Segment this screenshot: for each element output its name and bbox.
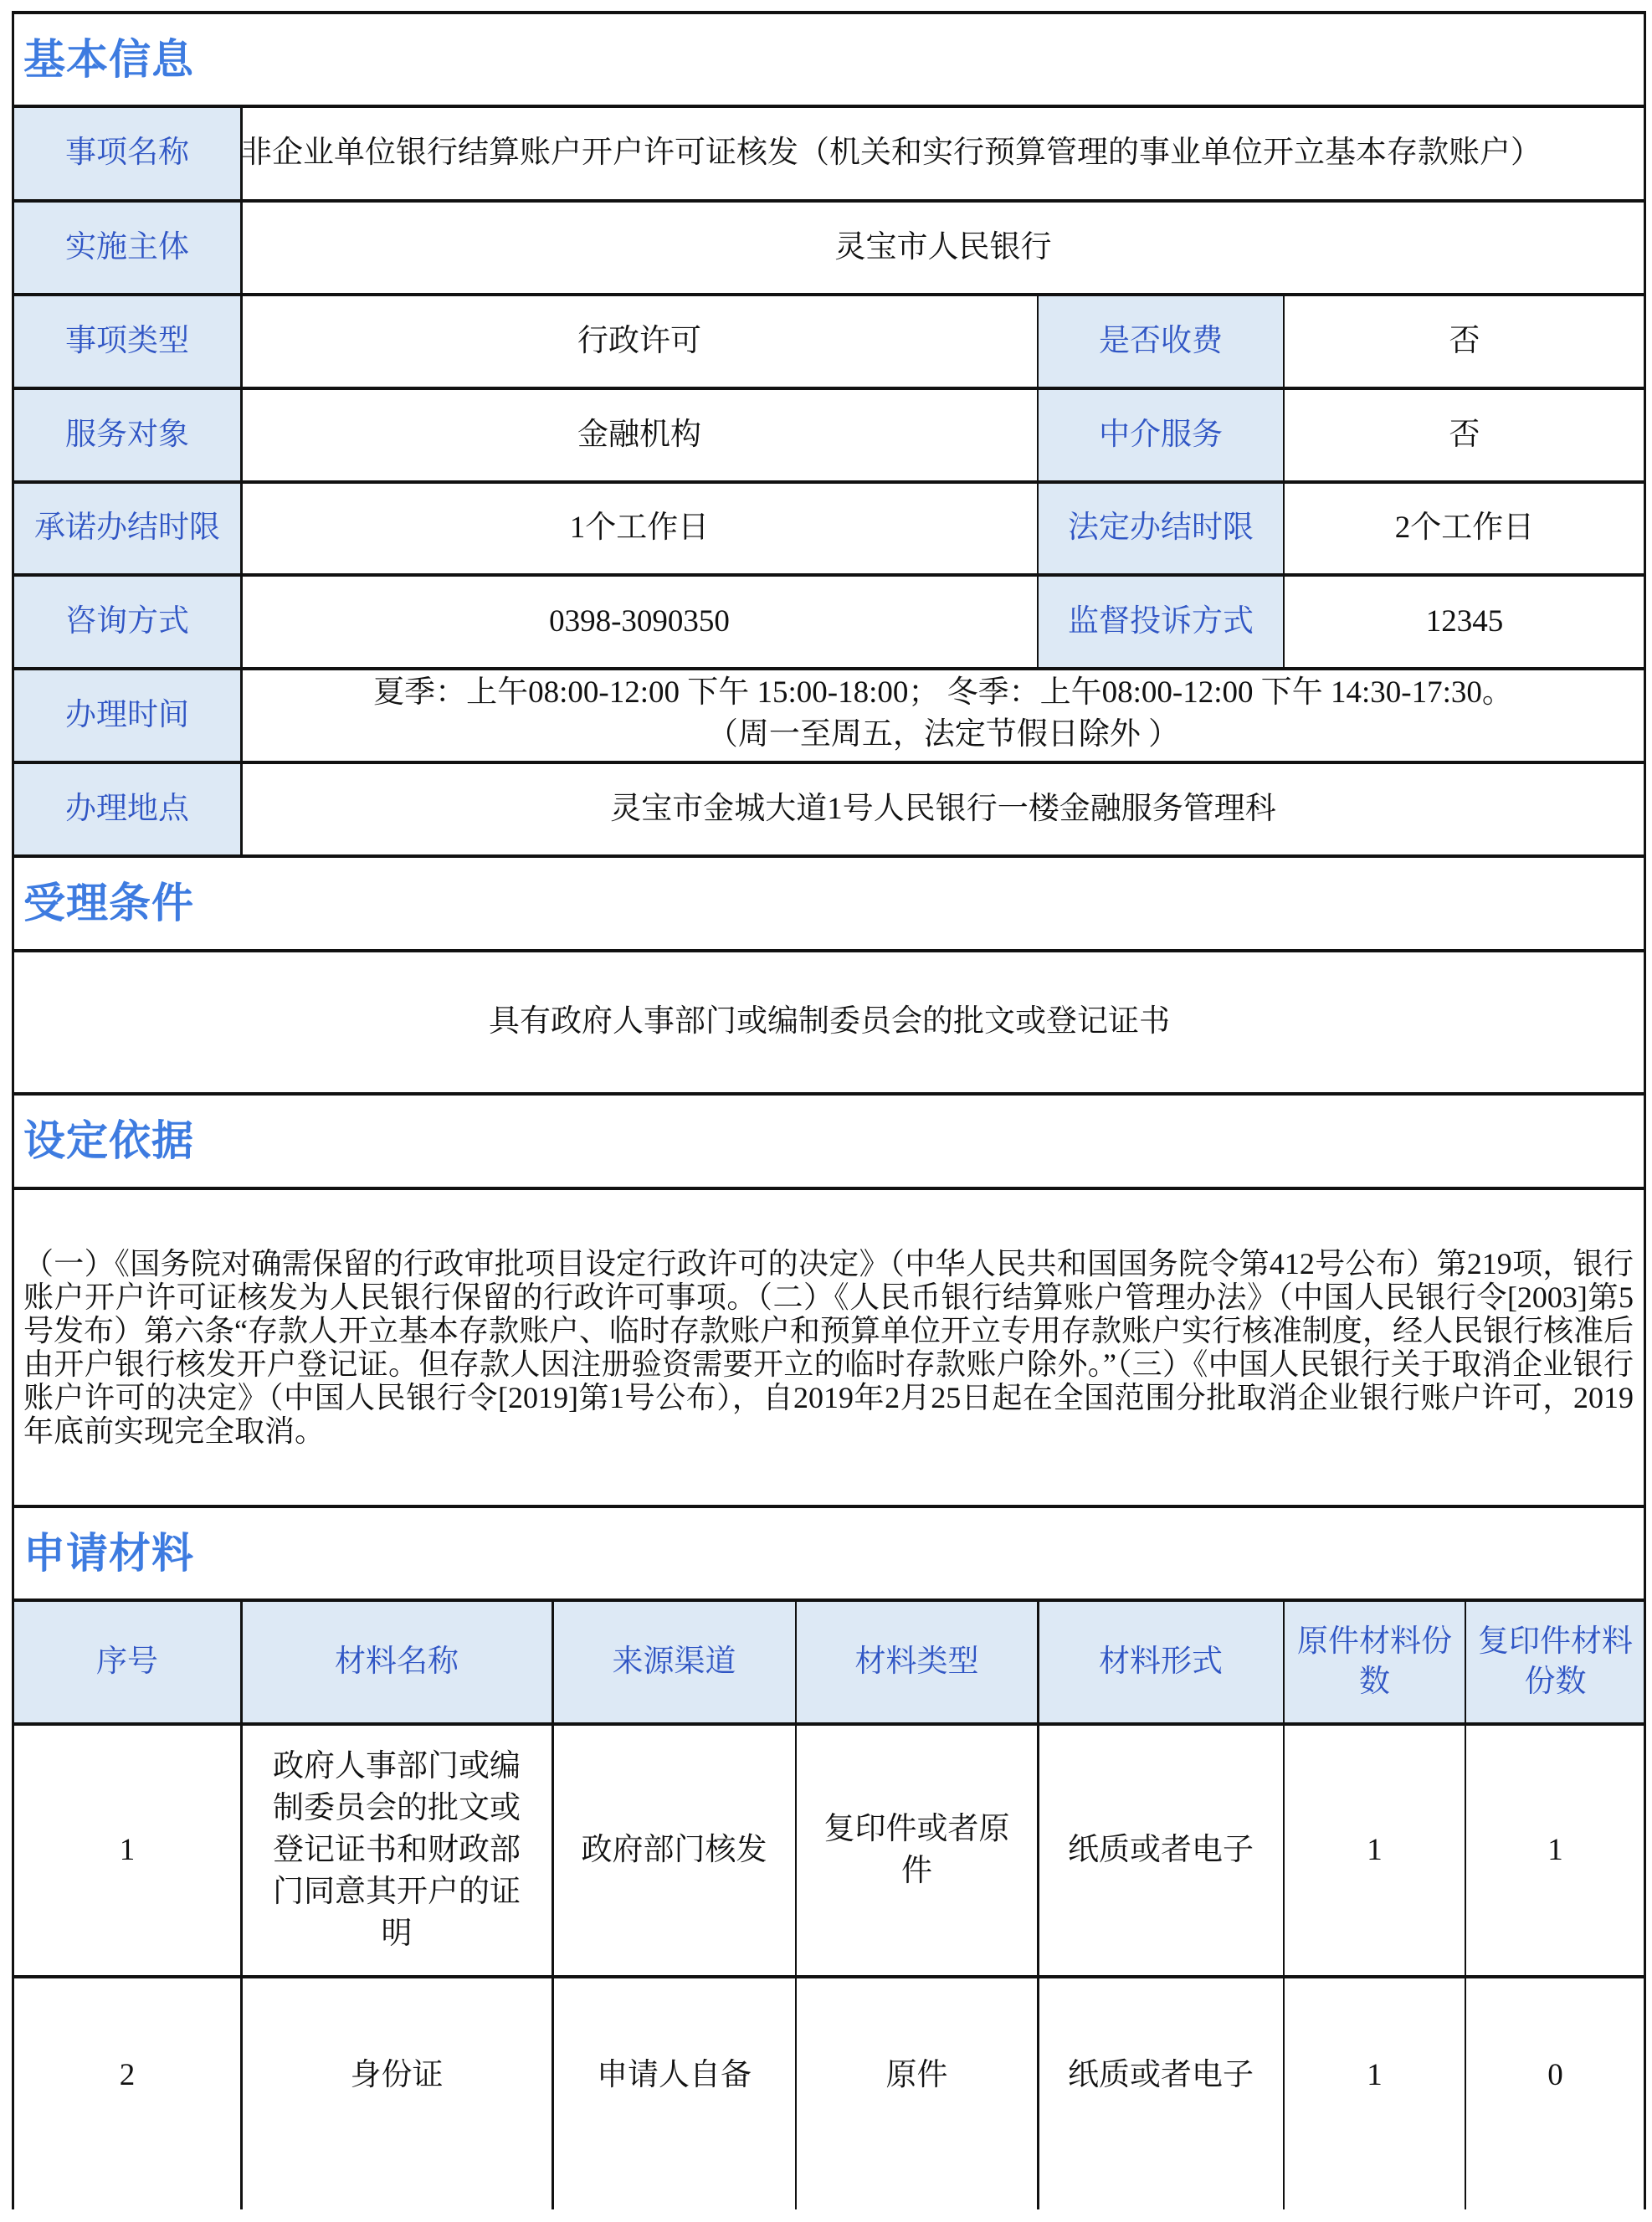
materials-header-source: 来源渠道 <box>552 1600 796 1724</box>
label-intermediary: 中介服务 <box>1038 388 1284 482</box>
label-promised-time-limit: 承诺办结时限 <box>13 482 241 575</box>
material-2-copy-count: 0 <box>1465 1977 1645 2174</box>
border-right <box>1644 12 1646 2209</box>
material-2-original-count: 1 <box>1284 1977 1465 2174</box>
divider <box>12 199 1646 203</box>
material-1-source: 政府部门核发 <box>552 1724 796 1977</box>
divider <box>12 1599 1646 1602</box>
value-legal-time-limit: 2个工作日 <box>1284 482 1645 575</box>
label-fee: 是否收费 <box>1038 295 1284 388</box>
divider <box>12 480 1646 484</box>
material-2-index: 2 <box>13 1977 241 2174</box>
column-divider <box>1037 1599 1039 2209</box>
label-implementing-body: 实施主体 <box>13 201 241 295</box>
label-consultation: 咨询方式 <box>13 575 241 669</box>
section-title-basic-info: 基本信息 <box>13 13 1645 106</box>
border-top <box>12 11 1646 14</box>
label-item-type: 事项类型 <box>13 295 241 388</box>
section-title-legal-basis: 设定依据 <box>13 1094 1645 1188</box>
divider <box>12 293 1646 296</box>
column-divider <box>552 1599 554 2209</box>
divider <box>12 105 1646 108</box>
material-1-index: 1 <box>13 1724 241 1977</box>
value-promised-time-limit: 1个工作日 <box>241 482 1038 575</box>
materials-header-type: 材料类型 <box>796 1600 1038 1724</box>
material-1-copy-count: 1 <box>1465 1724 1645 1977</box>
label-legal-time-limit: 法定办结时限 <box>1038 482 1284 575</box>
divider <box>12 949 1646 952</box>
value-service-target: 金融机构 <box>241 388 1038 482</box>
column-divider <box>795 1599 797 2209</box>
column-divider <box>1037 293 1039 669</box>
legal-basis-text: （一）《国务院对确需保留的行政审批项目设定行政许可的决定》（中华人民共和国国务院… <box>13 1188 1645 1506</box>
column-divider <box>1283 293 1285 669</box>
label-service-target: 服务对象 <box>13 388 241 482</box>
column-divider <box>1283 1599 1285 2209</box>
section-title-application-materials: 申请材料 <box>13 1506 1645 1600</box>
materials-header-name: 材料名称 <box>241 1600 552 1724</box>
label-office-hours: 办理时间 <box>13 669 241 762</box>
value-consultation-phone: 0398-3090350 <box>241 575 1038 669</box>
material-2-type: 原件 <box>796 1977 1038 2174</box>
material-1-form: 纸质或者电子 <box>1038 1724 1284 1977</box>
divider <box>12 1187 1646 1190</box>
label-location: 办理地点 <box>13 762 241 856</box>
value-intermediary: 否 <box>1284 388 1645 482</box>
value-item-type: 行政许可 <box>241 295 1038 388</box>
divider <box>12 1505 1646 1508</box>
column-divider <box>240 105 243 856</box>
divider <box>12 1722 1646 1726</box>
column-divider <box>1465 1599 1466 2209</box>
materials-header-original-count: 原件材料份数 <box>1284 1600 1465 1724</box>
divider <box>12 854 1646 858</box>
label-complaint: 监督投诉方式 <box>1038 575 1284 669</box>
divider <box>12 387 1646 390</box>
label-item-name: 事项名称 <box>13 106 241 201</box>
border-left <box>12 12 14 2209</box>
material-2-name: 身份证 <box>241 1977 552 2174</box>
service-guide-page: 基本信息 事项名称 非企业单位银行结算账户开户许可证核发（机关和实行预算管理的事… <box>0 0 1652 2222</box>
materials-header-index: 序号 <box>13 1600 241 1724</box>
material-2-source: 申请人自备 <box>552 1977 796 2174</box>
divider <box>12 761 1646 764</box>
acceptance-conditions-text: 具有政府人事部门或编制委员会的批文或登记证书 <box>13 951 1645 1094</box>
divider <box>12 667 1646 670</box>
section-title-acceptance-conditions: 受理条件 <box>13 856 1645 951</box>
value-implementing-body: 灵宝市人民银行 <box>241 201 1645 295</box>
material-2-form: 纸质或者电子 <box>1038 1977 1284 2174</box>
material-1-type: 复印件或者原件 <box>796 1724 1038 1977</box>
divider <box>12 1092 1646 1096</box>
column-divider <box>240 1599 243 2209</box>
value-fee: 否 <box>1284 295 1645 388</box>
value-office-hours: 夏季：上午08:00-12:00 下午 15:00-18:00； 冬季：上午08… <box>241 669 1645 762</box>
value-location: 灵宝市金城大道1号人民银行一楼金融服务管理科 <box>241 762 1645 856</box>
value-complaint-phone: 12345 <box>1284 575 1645 669</box>
material-1-original-count: 1 <box>1284 1724 1465 1977</box>
office-hours-line1: 夏季：上午08:00-12:00 下午 15:00-18:00； 冬季：上午08… <box>373 672 1513 714</box>
value-item-name: 非企业单位银行结算账户开户许可证核发（机关和实行预算管理的事业单位开立基本存款账… <box>241 106 1645 201</box>
materials-header-copy-count: 复印件材料份数 <box>1465 1600 1645 1724</box>
divider <box>12 573 1646 577</box>
office-hours-line2: （周一至周五，法定节假日除外 ） <box>707 714 1179 756</box>
materials-header-form: 材料形式 <box>1038 1600 1284 1724</box>
material-1-name: 政府人事部门或编制委员会的批文或登记证书和财政部门同意其开户的证明 <box>241 1724 552 1977</box>
divider <box>12 1975 1646 1978</box>
